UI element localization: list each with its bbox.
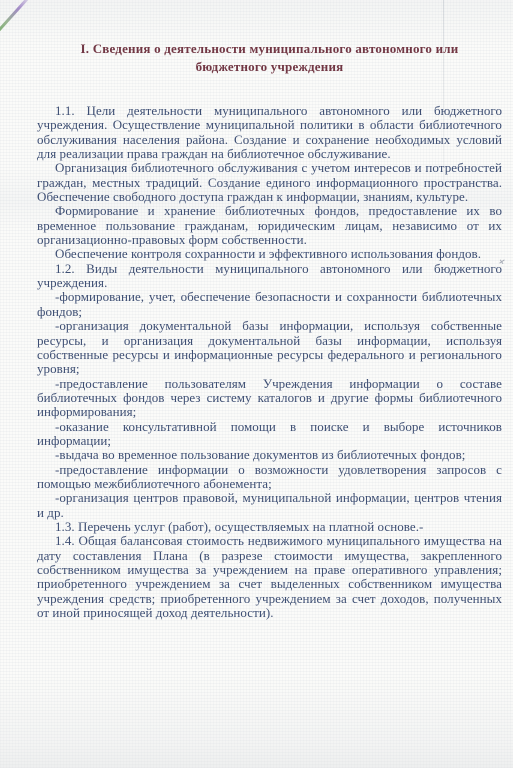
paragraph: -формирование, учет, обеспечение безопас… bbox=[37, 290, 502, 319]
paragraph: 1.2. Виды деятельности муниципального ав… bbox=[37, 262, 502, 291]
paragraph: -оказание консультативной помощи в поиск… bbox=[37, 420, 502, 449]
document-body: 1.1. Цели деятельности муниципального ав… bbox=[37, 104, 502, 620]
paragraph: -организация центров правовой, муниципал… bbox=[37, 491, 502, 520]
scanned-document-page: I. Сведения о деятельности муниципальног… bbox=[0, 0, 513, 768]
paragraph: Формирование и хранение библиотечных фон… bbox=[37, 204, 502, 247]
pen-corner-mark bbox=[0, 0, 32, 35]
paragraph: Организация библиотечного обслуживания с… bbox=[37, 161, 502, 204]
paragraph: -предоставление информации о возможности… bbox=[37, 463, 502, 492]
paragraph: 1.1. Цели деятельности муниципального ав… bbox=[37, 104, 502, 161]
document-content: I. Сведения о деятельности муниципальног… bbox=[37, 40, 502, 620]
paragraph: -организация документальной базы информа… bbox=[37, 319, 502, 376]
paragraph: 1.3. Перечень услуг (работ), осуществляе… bbox=[37, 520, 502, 534]
paragraph: 1.4. Общая балансовая стоимость недвижим… bbox=[37, 534, 502, 620]
document-title: I. Сведения о деятельности муниципальног… bbox=[75, 40, 465, 75]
paragraph: -выдача во временное пользование докумен… bbox=[37, 448, 502, 462]
document-title-line-2: бюджетного учреждения bbox=[75, 58, 465, 76]
document-title-line-1: I. Сведения о деятельности муниципальног… bbox=[75, 40, 465, 58]
paragraph: Обеспечение контроля сохранности и эффек… bbox=[37, 247, 502, 261]
paragraph: -предоставление пользователям Учреждения… bbox=[37, 377, 502, 420]
